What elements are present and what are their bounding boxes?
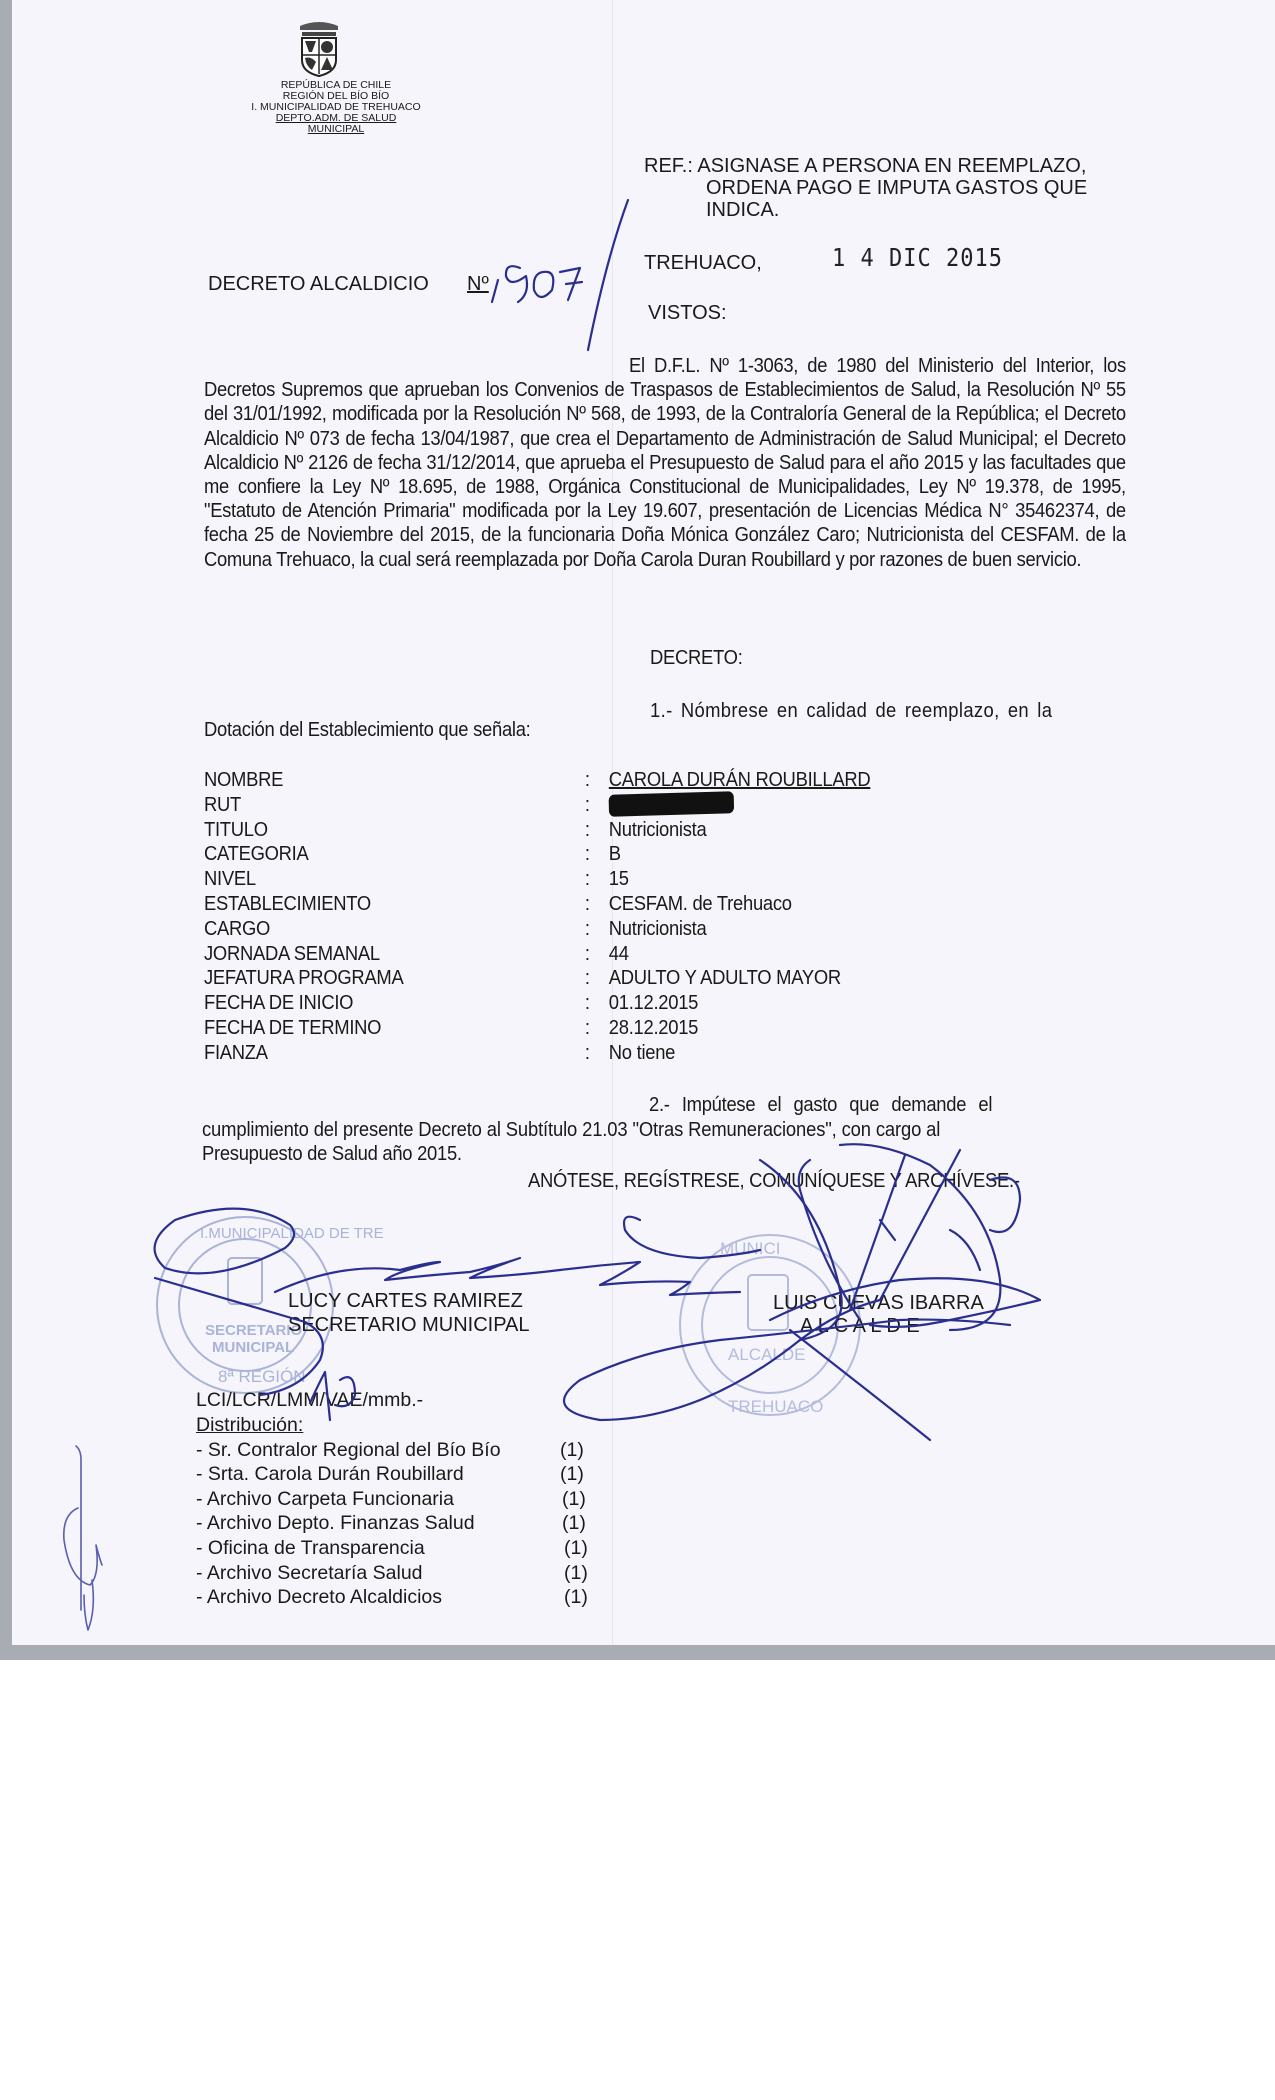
secretary-title: SECRETARIO MUNICIPAL: [288, 1314, 530, 1337]
decree-title: DECRETO ALCALDICIO: [208, 273, 429, 296]
coat-of-arms-icon: [294, 20, 344, 78]
field-row-fianza: FIANZA:No tiene: [204, 1041, 870, 1066]
distribution-item: - Srta. Carola Durán Roubillard(1): [196, 1462, 588, 1487]
date-stamp: 1 4 DIC 2015: [832, 244, 1003, 273]
decree-number-label: Nº: [467, 273, 489, 295]
city-label: TREHUACO,: [644, 252, 762, 275]
institution-header: REPÚBLICA DE CHILE REGIÓN DEL BÍO BÍO I.…: [251, 80, 421, 135]
field-row-jefatura: JEFATURA PROGRAMA:ADULTO Y ADULTO MAYOR: [204, 966, 870, 991]
distribution-item: - Archivo Depto. Finanzas Salud(1): [196, 1511, 588, 1536]
item-1-continuation: Dotación del Establecimiento que señala:: [204, 719, 531, 742]
vistos-body: Interior, los Decretos Supremos que apru…: [204, 355, 1126, 571]
field-row-fecha-inicio: FECHA DE INICIO:01.12.2015: [204, 991, 870, 1016]
field-value-nombre: CAROLA DURÁN ROUBILLARD: [609, 768, 871, 793]
mayor-title: A L C A L D E: [800, 1315, 920, 1338]
field-row-nivel: NIVEL:15: [204, 867, 870, 892]
distribution-item: - Sr. Contralor Regional del Bío Bío(1): [196, 1438, 588, 1463]
field-row-rut: RUT:: [204, 793, 870, 818]
decree-number-field: Nº: [467, 273, 597, 296]
field-row-fecha-termino: FECHA DE TERMINO:28.12.2015: [204, 1016, 870, 1041]
ref-line-1: ASIGNASE A PERSONA EN REEMPLAZO,: [697, 155, 1086, 177]
reference-block: REF.: ASIGNASE A PERSONA EN REEMPLAZO, O…: [644, 155, 1087, 221]
item-2-line-3: Presupuesto de Salud año 2015.: [202, 1143, 462, 1166]
appointment-fields: NOMBRE:CAROLA DURÁN ROUBILLARD RUT: TITU…: [204, 768, 870, 1066]
mayor-name: LUIS CUEVAS IBARRA: [773, 1292, 984, 1315]
field-row-jornada: JORNADA SEMANAL:44: [204, 942, 870, 967]
decreto-heading: DECRETO:: [650, 647, 743, 670]
closing-formula: ANÓTESE, REGÍSTRESE, COMUNÍQUESE Y ARCHÍ…: [528, 1170, 1020, 1193]
item-2-first-line: 2.- Impútese el gasto que demande el: [649, 1094, 992, 1117]
vistos-heading: VISTOS:: [648, 302, 727, 325]
ref-line-2: ORDENA PAGO E IMPUTA GASTOS QUE: [644, 177, 1087, 199]
distribution-item: - Oficina de Transparencia(1): [196, 1536, 588, 1561]
vistos-first-line: El D.F.L. Nº 1-3063, de 1980 del Ministe…: [629, 355, 1026, 377]
secretary-name: LUCY CARTES RAMIREZ: [288, 1290, 523, 1313]
ref-line-3: INDICA.: [644, 199, 1087, 221]
field-row-nombre: NOMBRE:CAROLA DURÁN ROUBILLARD: [204, 768, 870, 793]
distribution-item: - Archivo Secretaría Salud(1): [196, 1561, 588, 1586]
vistos-paragraph: El D.F.L. Nº 1-3063, de 1980 del Ministe…: [204, 354, 1126, 572]
initials-line: LCI/LCR/LMM/VAE/mmb.-: [196, 1389, 423, 1412]
distribution-list: Distribución: - Sr. Contralor Regional d…: [196, 1413, 588, 1610]
field-row-establecimiento: ESTABLECIMIENTO:CESFAM. de Trehuaco: [204, 892, 870, 917]
field-row-titulo: TITULO:Nutricionista: [204, 818, 870, 843]
item-2-line-2: cumplimiento del presente Decreto al Sub…: [202, 1119, 940, 1142]
distribution-item: - Archivo Carpeta Funcionaria(1): [196, 1487, 588, 1512]
distribution-item: - Archivo Decreto Alcaldicios(1): [196, 1585, 588, 1610]
distribution-heading: Distribución:: [196, 1413, 588, 1438]
item-1-first-line: 1.- Nómbrese en calidad de reemplazo, en…: [650, 700, 1052, 723]
field-row-cargo: CARGO:Nutricionista: [204, 917, 870, 942]
header-line-department: DEPTO.ADM. DE SALUD MUNICIPAL: [251, 113, 421, 135]
redacted-rut: [609, 791, 735, 817]
field-row-categoria: CATEGORIA:B: [204, 842, 870, 867]
ref-label: REF.:: [644, 155, 693, 177]
